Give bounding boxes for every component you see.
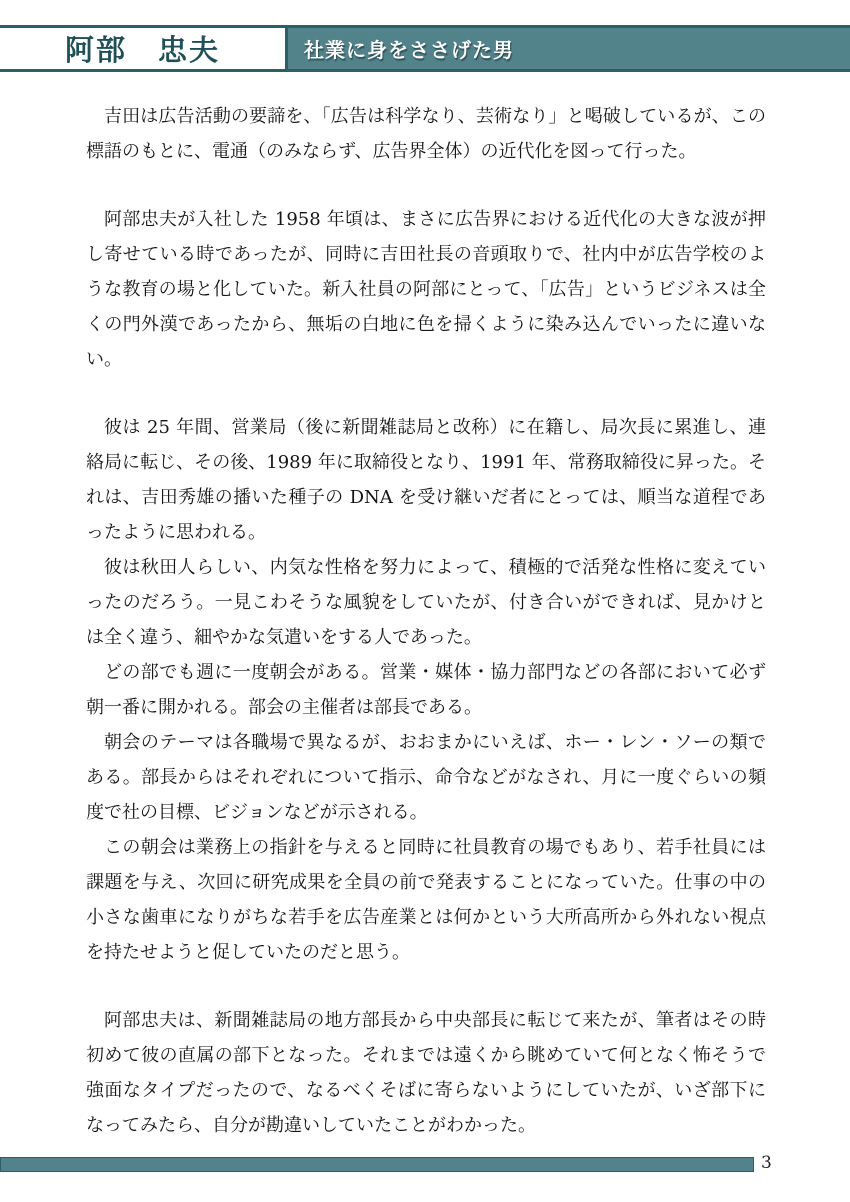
document-page: { "header": { "author_name": "阿部 忠夫", "c… (0, 0, 850, 1202)
chapter-title: 社業に身をささげた男 (304, 34, 514, 63)
author-name-box: 阿部 忠夫 (0, 28, 288, 69)
paragraph: 阿部忠夫が入社した 1958 年頃は、まさに広告界における近代化の大きな波が押し… (86, 202, 766, 377)
chapter-title-band: 社業に身をささげた男 (288, 28, 850, 69)
paragraph: 吉田は広告活動の要諦を、「広告は科学なり、芸術なり」と喝破しているが、この標語の… (86, 99, 766, 169)
page-number: 3 (761, 1153, 772, 1173)
page-header: 阿部 忠夫 社業に身をささげた男 (0, 25, 850, 72)
paragraph: 彼は秋田人らしい、内気な性格を努力によって、積極的で活発な性格に変えていったのだ… (86, 550, 766, 655)
paragraph: 朝会のテーマは各職場で異なるが、おおまかにいえば、ホー・レン・ソーの類である。部… (86, 725, 766, 830)
footer-rule (0, 1157, 754, 1172)
paragraph: 彼は 25 年間、営業局（後に新聞雑誌局と改称）に在籍し、局次長に累進し、連絡局… (86, 410, 766, 550)
paragraph: 阿部忠夫は、新聞雑誌局の地方部長から中央部長に転じて来たが、筆者はその時初めて彼… (86, 1003, 766, 1143)
document-body: 吉田は広告活動の要諦を、「広告は科学なり、芸術なり」と喝破しているが、この標語の… (86, 99, 766, 1143)
paragraph: この朝会は業務上の指針を与えると同時に社員教育の場でもあり、若手社員には課題を与… (86, 830, 766, 970)
author-name: 阿部 忠夫 (65, 28, 220, 69)
paragraph: どの部でも週に一度朝会がある。営業・媒体・協力部門などの各部において必ず朝一番に… (86, 655, 766, 725)
